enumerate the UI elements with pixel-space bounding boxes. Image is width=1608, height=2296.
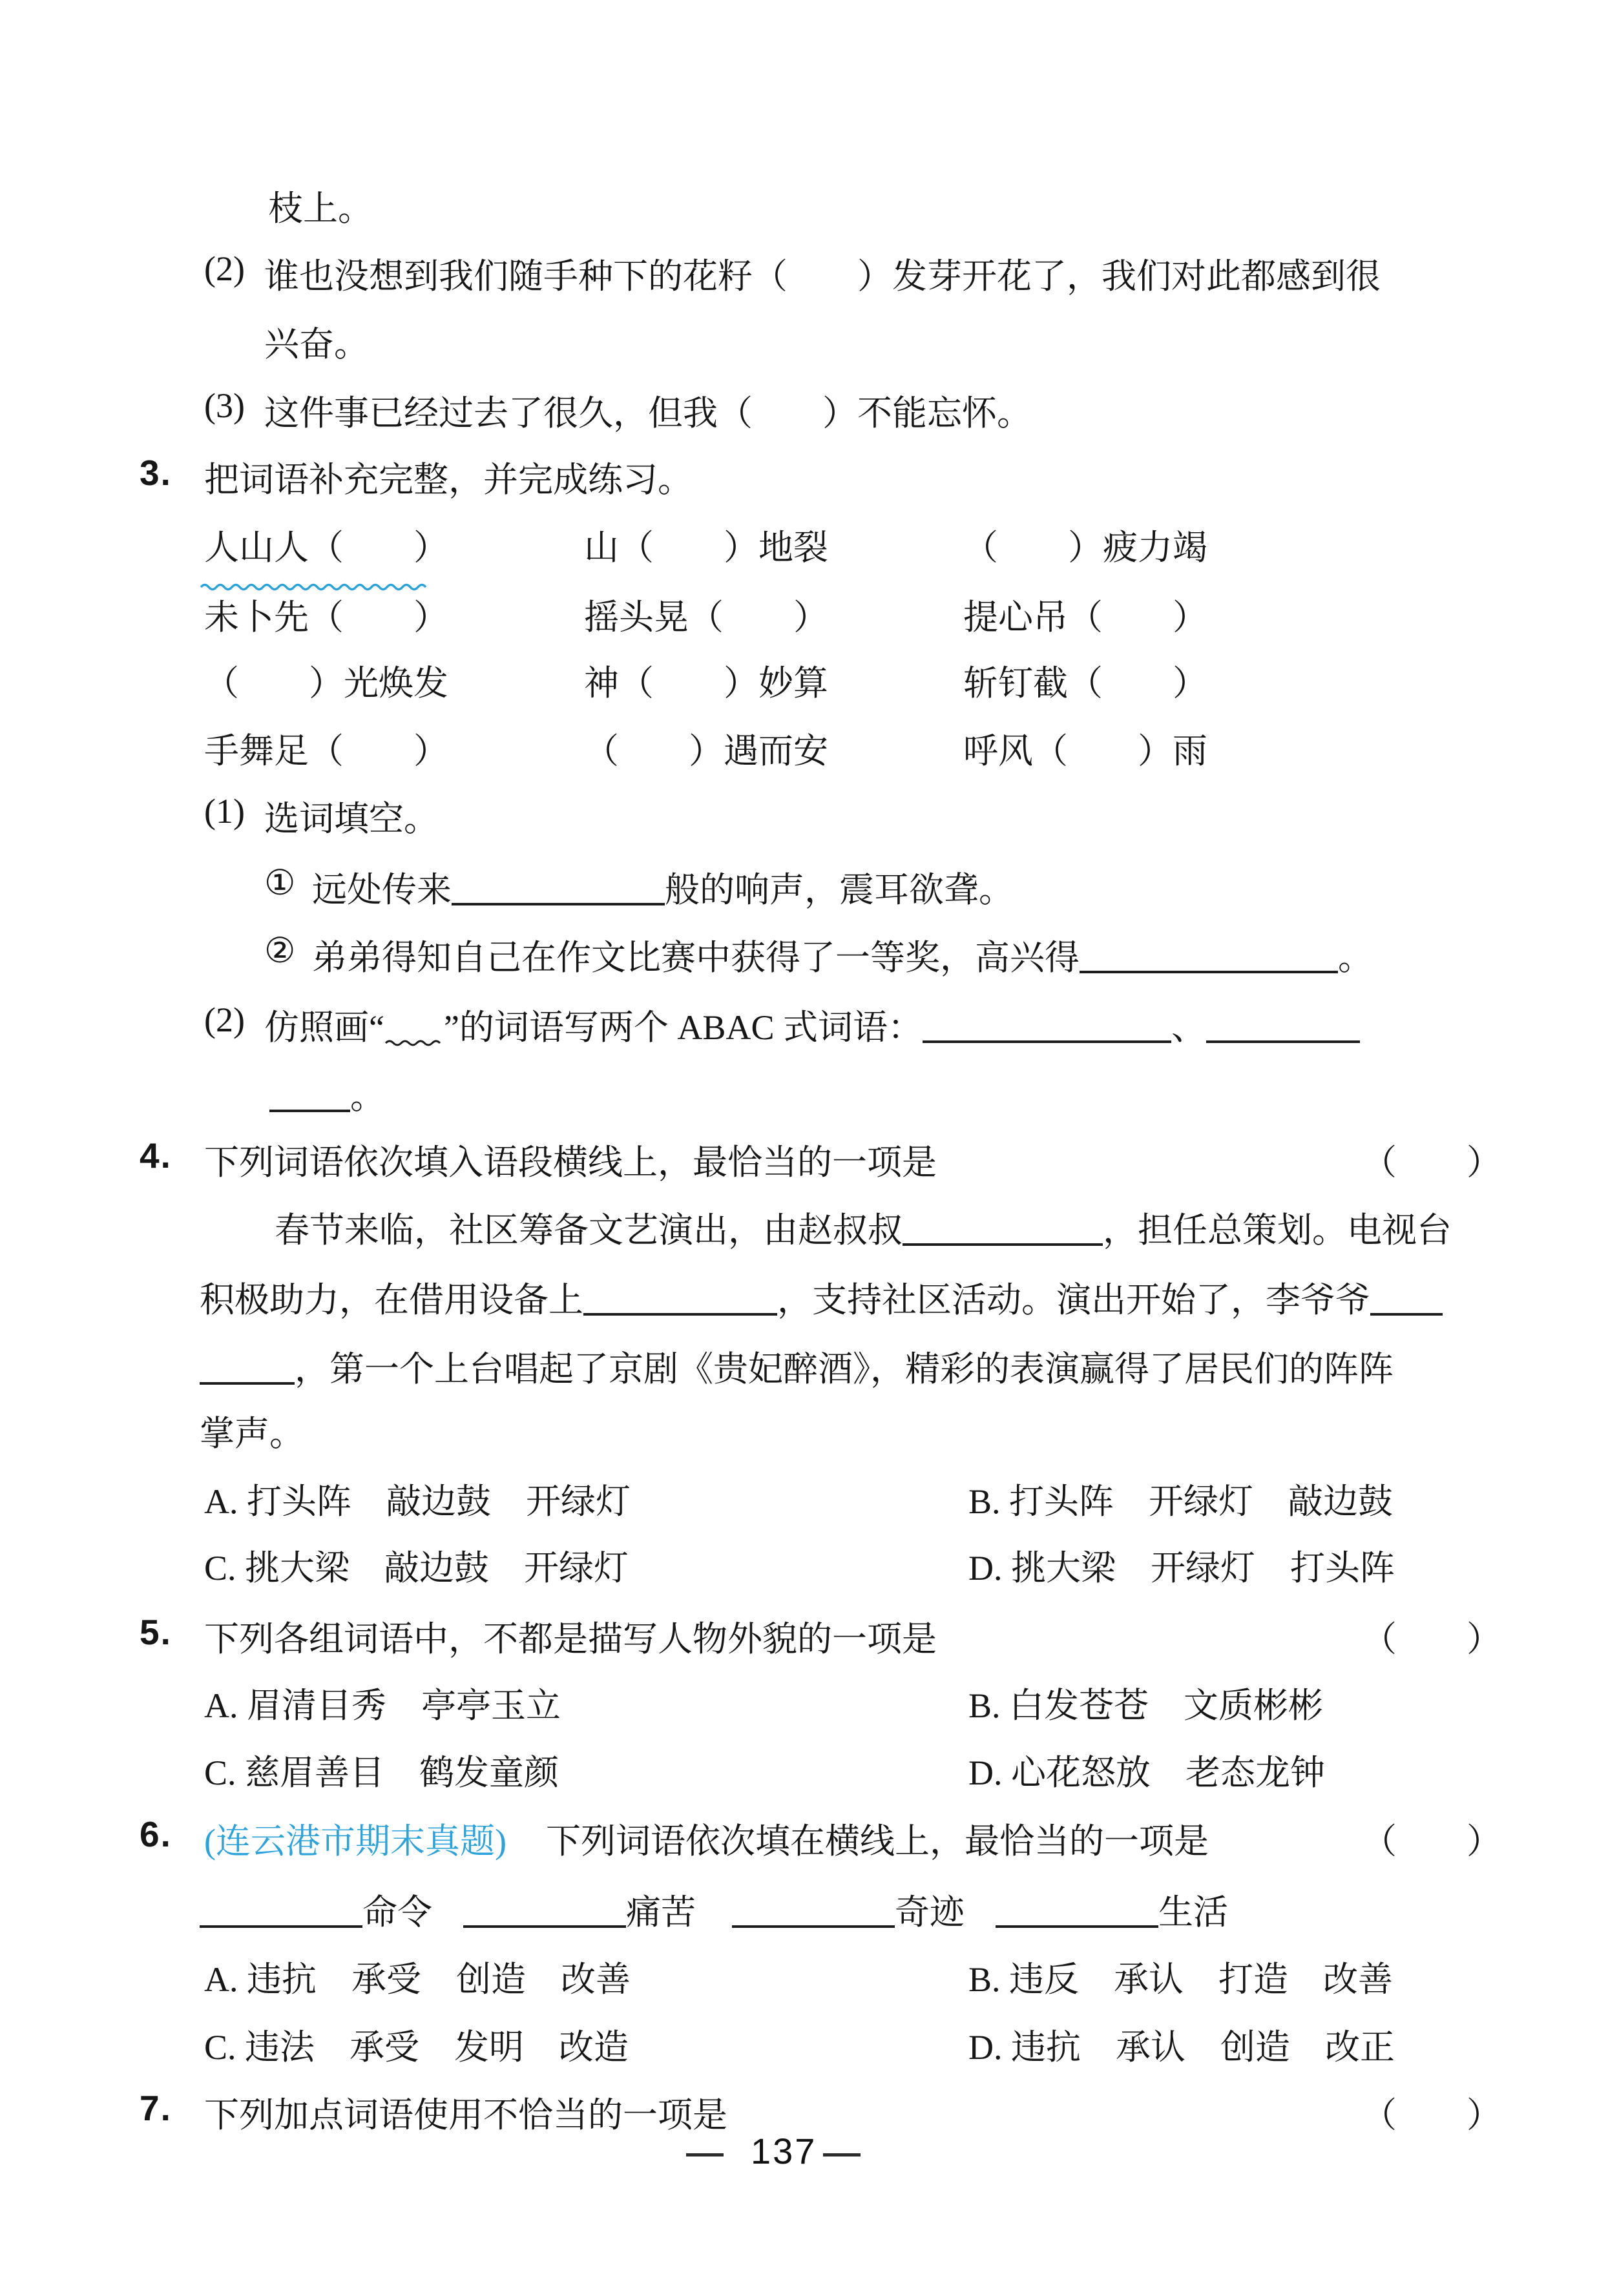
word-grid-cell: 摇头晃（ ） [584, 590, 828, 639]
q4-para-2-post: ，支持社区活动。演出开始了，李爷爷 [777, 1281, 1370, 1319]
option-d: D. 心花怒放 老态龙钟 [968, 1745, 1325, 1795]
blank-line [200, 1897, 362, 1928]
page-footer: 137 [0, 2130, 1608, 2186]
question-4-title-line: 4. 下列词语依次填入语段横线上，最恰当的一项是 （ ） [0, 1135, 1608, 1190]
prev-item1-tail-line: 枝上。 [0, 181, 1608, 236]
q6-fill-words-line: 命令痛苦奇迹生活 [0, 1885, 1608, 1940]
q3-sub2-comma: 、 [1171, 1008, 1206, 1047]
q4-para-2-pre: 积极助力，在借用设备上 [200, 1281, 583, 1319]
word-grid-cell: （ ）遇而安 [584, 723, 828, 773]
page-number: 137 [751, 2130, 817, 2172]
q6-fill-words: 命令痛苦奇迹生活 [200, 1885, 1228, 1934]
q3-sub2-post: ”的词语写两个 ABAC 式词语： [444, 1008, 923, 1047]
answer-paren: （ ） [1362, 1814, 1501, 1863]
q4-para-line-4: 掌声。 [0, 1406, 1608, 1462]
q6-fill-word-4: 生活 [1158, 1893, 1228, 1932]
q4-para-text-1: 春节来临，社区筹备文艺演出，由赵叔叔，担任总策划。电视台 [275, 1203, 1452, 1252]
option-b: B. 白发苍苍 文质彬彬 [968, 1678, 1323, 1728]
word-grid-cell: 山（ ）地裂 [584, 520, 828, 570]
option-b: B. 违反 承认 打造 改善 [968, 1952, 1393, 2001]
question-6-title: 下列词语依次填在横线上，最恰当的一项是 [546, 1814, 1209, 1863]
word-grid-row-4: 手舞足（ ） （ ）遇而安 呼风（ ）雨 [0, 723, 1608, 779]
q3-fill1-line: ① 远处传来般的响声，震耳欲聋。 [0, 862, 1608, 918]
q3-sub1-line: (1) 选词填空。 [0, 791, 1608, 847]
word-grid-cell: 未卜先（ ） [204, 590, 448, 639]
question-3-number: 3. [140, 452, 172, 493]
q5-options-row-1: A. 眉清目秀 亭亭玉立 B. 白发苍苍 文质彬彬 [0, 1678, 1608, 1733]
q4-para-3-post: ，第一个上台唱起了京剧《贵妃醉酒》，精彩的表演赢得了居民们的阵阵 [295, 1350, 1394, 1389]
word-grid-row-1: 人山人（ ） 山（ ）地裂 （ ）疲力竭 [0, 520, 1608, 575]
item3-text: 这件事已经过去了很久，但我（ ）不能忘怀。 [264, 386, 1032, 435]
q3-fill1-post: 般的响声，震耳欲聋。 [665, 871, 1014, 909]
q6-options-row-2: C. 违法 承受 发明 改造 D. 违抗 承认 创造 改正 [0, 2020, 1608, 2075]
word-grid-cell: 呼风（ ）雨 [963, 723, 1207, 773]
word-grid-cell: （ ）疲力竭 [963, 520, 1207, 570]
q3-fill2-text: 弟弟得知自己在作文比赛中获得了一等奖，高兴得。 [312, 930, 1373, 980]
item2-text: 谁也没想到我们随手种下的花籽（ ）发芽开花了，我们对此都感到很 [264, 249, 1381, 298]
q3-fill1-pre: 远处传来 [312, 871, 452, 909]
word-grid-cell: 神（ ）妙算 [584, 656, 828, 705]
worksheet-page: 枝上。 (2) 谁也没想到我们随手种下的花籽（ ）发芽开花了，我们对此都感到很 … [0, 0, 1608, 2296]
option-a: A. 违抗 承受 创造 改善 [204, 1952, 631, 2001]
q4-options-row-1: A. 打头阵 敲边鼓 开绿灯 B. 打头阵 开绿灯 敲边鼓 [0, 1474, 1608, 1529]
blank-line [903, 1215, 1103, 1246]
item2-cont-text: 兴奋。 [264, 316, 369, 366]
prev-item2-line: (2) 谁也没想到我们随手种下的花籽（ ）发芽开花了，我们对此都感到很 [0, 249, 1608, 304]
blank-line [1370, 1285, 1443, 1316]
blank-line [269, 1081, 350, 1112]
question-6-number: 6. [140, 1814, 172, 1855]
option-b: B. 打头阵 开绿灯 敲边鼓 [968, 1474, 1393, 1524]
q3-sub2-cont: 。 [269, 1069, 385, 1119]
answer-paren: （ ） [1362, 1611, 1501, 1661]
q4-para-line-1: 春节来临，社区筹备文艺演出，由赵叔叔，担任总策划。电视台 [0, 1203, 1608, 1258]
blank-line [452, 874, 665, 905]
q5-options-row-2: C. 慈眉善目 鹤发童颜 D. 心花怒放 老态龙钟 [0, 1745, 1608, 1801]
q4-para-text-3: ，第一个上台唱起了京剧《贵妃醉酒》，精彩的表演赢得了居民们的阵阵 [200, 1341, 1394, 1391]
question-6-source-tag: (连云港市期末真题) [204, 1814, 506, 1863]
q3-sub1-marker: (1) [204, 791, 245, 831]
q3-sub2-cont-line: 。 [0, 1069, 1608, 1124]
word-grid-row-3: （ ）光焕发 神（ ）妙算 斩钉截（ ） [0, 656, 1608, 711]
q4-para-text-4: 掌声。 [200, 1406, 304, 1456]
prev-item3-line: (3) 这件事已经过去了很久，但我（ ）不能忘怀。 [0, 386, 1608, 441]
option-a: A. 打头阵 敲边鼓 开绿灯 [204, 1474, 631, 1524]
item3-marker: (3) [204, 386, 245, 426]
question-4-title: 下列词语依次填入语段横线上，最恰当的一项是 [204, 1135, 937, 1184]
q4-para-line-2: 积极助力，在借用设备上，支持社区活动。演出开始了，李爷爷 [0, 1272, 1608, 1328]
q3-fill2-pre: 弟弟得知自己在作文比赛中获得了一等奖，高兴得 [312, 938, 1080, 977]
q4-para-1-pre: 春节来临，社区筹备文艺演出，由赵叔叔 [275, 1211, 903, 1250]
question-5-number: 5. [140, 1611, 172, 1653]
blank-line [923, 1012, 1171, 1043]
blank-line [200, 1354, 295, 1385]
footer-dash-right [823, 2153, 861, 2156]
question-3-title-line: 3. 把词语补充完整，并完成练习。 [0, 452, 1608, 508]
q3-sub1-text: 选词填空。 [264, 791, 439, 841]
question-6-title-line: 6. (连云港市期末真题) 下列词语依次填在横线上，最恰当的一项是 （ ） [0, 1814, 1608, 1869]
item2-marker: (2) [204, 249, 245, 289]
word-grid-cell: 斩钉截（ ） [963, 656, 1207, 705]
q3-fill1-marker: ① [264, 862, 295, 903]
q3-sub2-period: 。 [350, 1077, 385, 1116]
word-grid-cell: 提心吊（ ） [963, 590, 1207, 639]
q3-sub2-marker: (2) [204, 1000, 245, 1040]
question-5-title: 下列各组词语中，不都是描写人物外貌的一项是 [204, 1611, 937, 1661]
q3-fill1-text: 远处传来般的响声，震耳欲聋。 [312, 862, 1014, 912]
prev-item2-cont-line: 兴奋。 [0, 316, 1608, 372]
blank-line [732, 1897, 895, 1928]
blank-line [583, 1285, 777, 1316]
blank-line [1206, 1012, 1360, 1043]
q6-fill-word-1: 命令 [362, 1893, 432, 1932]
q4-para-1-post: ，担任总策划。电视台 [1103, 1211, 1452, 1250]
q4-para-line-3: ，第一个上台唱起了京剧《贵妃醉酒》，精彩的表演赢得了居民们的阵阵 [0, 1341, 1608, 1397]
answer-paren: （ ） [1362, 1135, 1501, 1184]
footer-dash-left [686, 2153, 724, 2156]
question-5-title-line: 5. 下列各组词语中，不都是描写人物外貌的一项是 （ ） [0, 1611, 1608, 1667]
option-c: C. 慈眉善目 鹤发童颜 [204, 1745, 559, 1795]
option-c: C. 违法 承受 发明 改造 [204, 2020, 629, 2069]
option-d: D. 违抗 承认 创造 改正 [968, 2020, 1395, 2069]
q4-options-row-2: C. 挑大梁 敲边鼓 开绿灯 D. 挑大梁 开绿灯 打头阵 [0, 1540, 1608, 1596]
word-grid-cell: （ ）光焕发 [204, 656, 448, 705]
q3-fill2-marker: ② [264, 930, 295, 971]
q6-options-row-1: A. 违抗 承受 创造 改善 B. 违反 承认 打造 改善 [0, 1952, 1608, 2007]
q3-sub2-line: (2) 仿照画“”的词语写两个 ABAC 式词语：、 [0, 1000, 1608, 1055]
word-grid-cell: 手舞足（ ） [204, 723, 448, 773]
q3-sub2-text: 仿照画“”的词语写两个 ABAC 式词语：、 [264, 1000, 1360, 1057]
question-3-title: 把词语补充完整，并完成练习。 [204, 452, 693, 502]
blank-line [1080, 942, 1338, 973]
item1-tail-text: 枝上。 [268, 181, 373, 231]
q3-fill2-post: 。 [1338, 938, 1373, 977]
q6-fill-word-3: 奇迹 [895, 1893, 965, 1932]
option-c: C. 挑大梁 敲边鼓 开绿灯 [204, 1540, 629, 1590]
question-4-number: 4. [140, 1135, 172, 1176]
blank-line [996, 1897, 1158, 1928]
option-a: A. 眉清目秀 亭亭玉立 [204, 1678, 561, 1728]
q6-fill-word-2: 痛苦 [626, 1893, 696, 1932]
word-grid-row-2: 未卜先（ ） 摇头晃（ ） 提心吊（ ） [0, 590, 1608, 645]
q3-fill2-line: ② 弟弟得知自己在作文比赛中获得了一等奖，高兴得。 [0, 930, 1608, 986]
q3-sub2-pre: 仿照画“ [264, 1008, 384, 1047]
blank-line [463, 1897, 626, 1928]
question-7-number: 7. [140, 2087, 172, 2129]
option-d: D. 挑大梁 开绿灯 打头阵 [968, 1540, 1395, 1590]
wavy-sample-mark [384, 1017, 444, 1057]
q4-para-text-2: 积极助力，在借用设备上，支持社区活动。演出开始了，李爷爷 [200, 1272, 1443, 1322]
